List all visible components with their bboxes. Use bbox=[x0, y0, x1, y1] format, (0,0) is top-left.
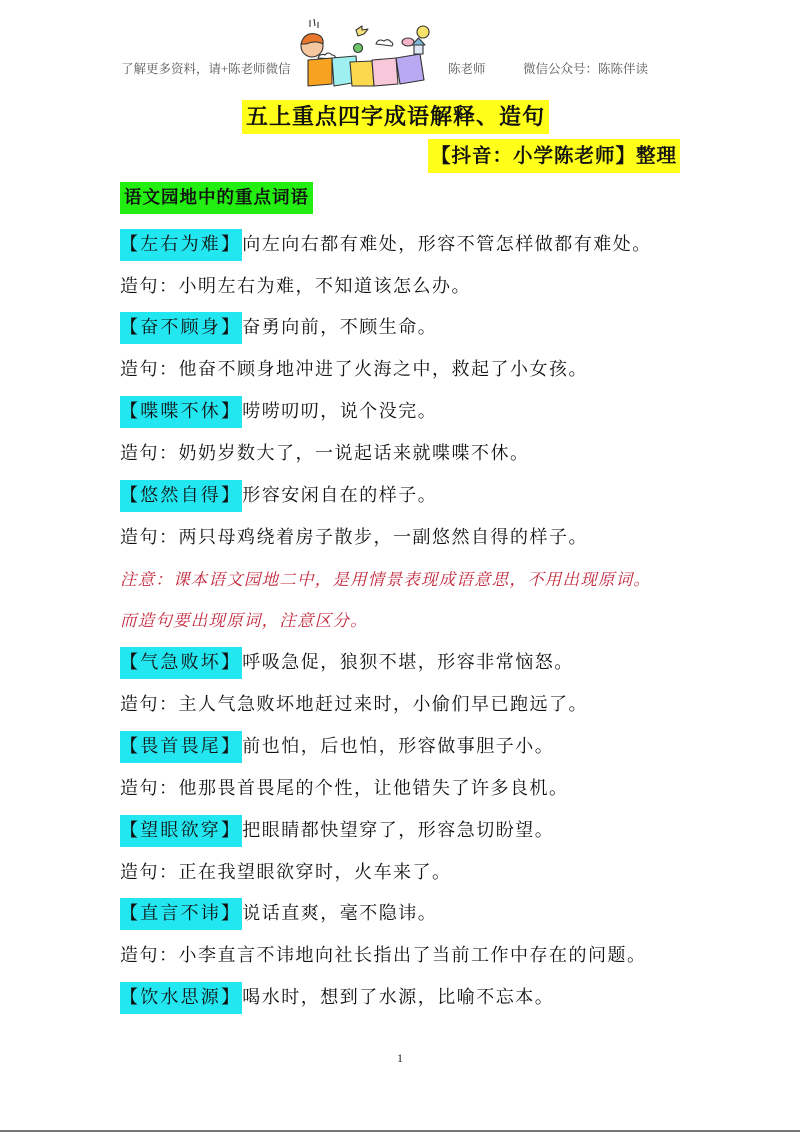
document-subtitle: 【抖音：小学陈老师】整理 bbox=[428, 139, 680, 173]
idiom-row: 【直言不讳】说话直爽，毫不隐讳。 bbox=[120, 898, 437, 930]
example-sentence: 造句：小明左右为难，不知道该怎么办。 bbox=[120, 271, 471, 303]
idiom-label: 【畏首畏尾】 bbox=[120, 731, 242, 763]
idiom-meaning: 喝水时，想到了水源，比喻不忘本。 bbox=[242, 987, 554, 1008]
note-line-1: 注意：课本语文园地二中，是用情景表现成语意思，不用出现原词。 bbox=[120, 564, 651, 596]
example-sentence: 造句：奶奶岁数大了，一说起话来就喋喋不休。 bbox=[120, 438, 530, 470]
idiom-row: 【喋喋不休】唠唠叨叨，说个没完。 bbox=[120, 396, 437, 428]
section-heading: 语文园地中的重点词语 bbox=[120, 182, 313, 214]
idiom-label: 【悠然自得】 bbox=[120, 480, 242, 512]
idiom-row: 【左右为难】向左向右都有难处，形容不管怎样做都有难处。 bbox=[120, 229, 652, 261]
idiom-meaning: 奋勇向前，不顾生命。 bbox=[242, 317, 437, 338]
idiom-meaning: 前也怕，后也怕，形容做事胆子小。 bbox=[242, 736, 554, 757]
example-sentence: 造句：小李直言不讳地向社长指出了当前工作中存在的问题。 bbox=[120, 940, 647, 972]
idiom-meaning: 说话直爽，毫不隐讳。 bbox=[242, 903, 437, 924]
idiom-label: 【左右为难】 bbox=[120, 229, 242, 261]
page-number: 1 bbox=[0, 1051, 800, 1066]
kids-blocks-illustration bbox=[288, 14, 458, 88]
idiom-label: 【气急败坏】 bbox=[120, 647, 242, 679]
idiom-label: 【直言不讳】 bbox=[120, 898, 242, 930]
note-line-2: 而造句要出现原词，注意区分。 bbox=[120, 605, 368, 637]
idiom-meaning: 呼吸急促，狼狈不堪，形容非常恼怒。 bbox=[242, 652, 574, 673]
example-sentence: 造句：两只母鸡绕着房子散步，一副悠然自得的样子。 bbox=[120, 522, 588, 554]
example-sentence: 造句：他那畏首畏尾的个性，让他错失了许多良机。 bbox=[120, 773, 569, 805]
example-sentence: 造句：他奋不顾身地冲进了火海之中，救起了小女孩。 bbox=[120, 354, 588, 386]
example-sentence: 造句：主人气急败坏地赶过来时，小偷们早已跑远了。 bbox=[120, 689, 588, 721]
idiom-meaning: 形容安闲自在的样子。 bbox=[242, 485, 437, 506]
idiom-row: 【气急败坏】呼吸急促，狼狈不堪，形容非常恼怒。 bbox=[120, 647, 574, 679]
idiom-label: 【望眼欲穿】 bbox=[120, 815, 242, 847]
idiom-row: 【奋不顾身】奋勇向前，不顾生命。 bbox=[120, 312, 437, 344]
idiom-row: 【畏首畏尾】前也怕，后也怕，形容做事胆子小。 bbox=[120, 731, 554, 763]
idiom-meaning: 唠唠叨叨，说个没完。 bbox=[242, 401, 437, 422]
example-sentence: 造句：正在我望眼欲穿时，火车来了。 bbox=[120, 857, 452, 889]
idiom-label: 【奋不顾身】 bbox=[120, 312, 242, 344]
header-contact-note: 了解更多资料，请+陈老师微信 bbox=[121, 59, 291, 77]
idiom-label: 【喋喋不休】 bbox=[120, 396, 242, 428]
idiom-label: 【饮水思源】 bbox=[120, 982, 242, 1014]
header-wechat-account: 微信公众号：陈陈伴读 bbox=[523, 59, 648, 77]
idiom-row: 【望眼欲穿】把眼睛都快望穿了，形容急切盼望。 bbox=[120, 815, 554, 847]
idiom-row: 【饮水思源】喝水时，想到了水源，比喻不忘本。 bbox=[120, 982, 554, 1014]
idiom-meaning: 把眼睛都快望穿了，形容急切盼望。 bbox=[242, 820, 554, 841]
document-title: 五上重点四字成语解释、造句 bbox=[242, 100, 549, 134]
idiom-meaning: 向左向右都有难处，形容不管怎样做都有难处。 bbox=[242, 234, 652, 255]
idiom-row: 【悠然自得】形容安闲自在的样子。 bbox=[120, 480, 437, 512]
